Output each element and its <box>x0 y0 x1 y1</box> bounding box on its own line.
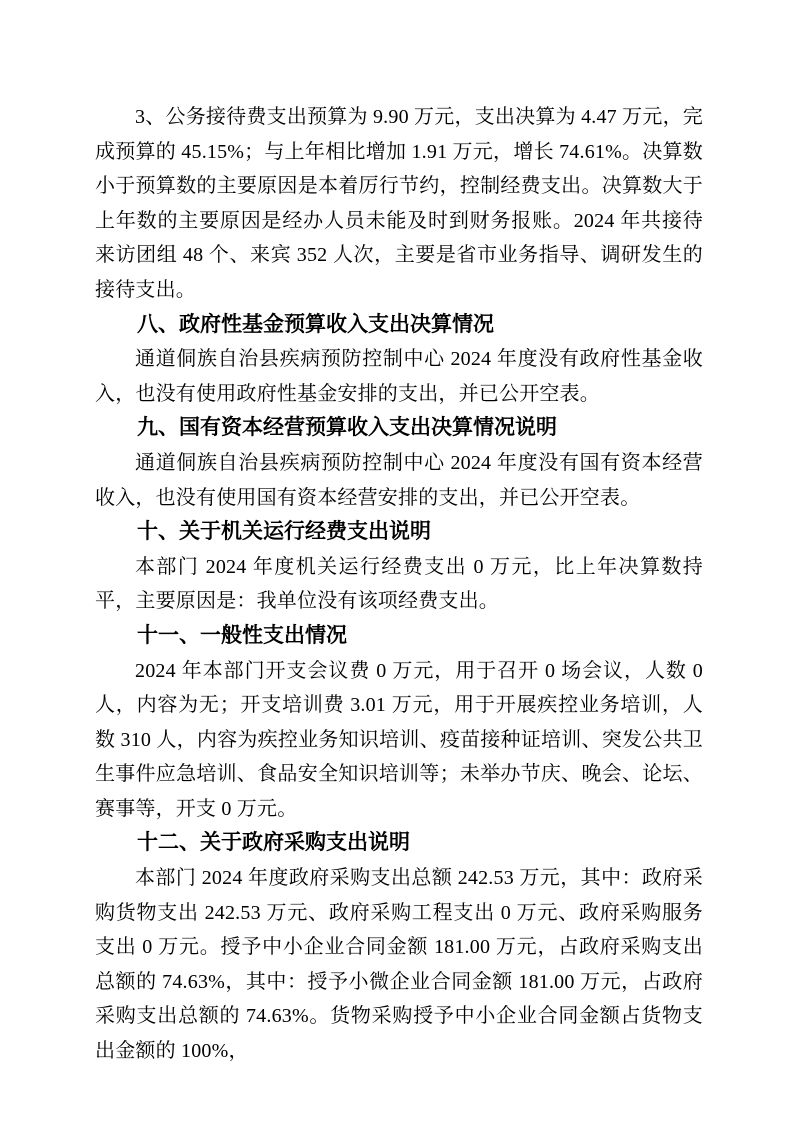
paragraph-reception-expense: 3、公务接待费支出预算为 9.90 万元，支出决算为 4.47 万元，完成预算的… <box>95 100 703 308</box>
heading-section-x-operating-expenses: 十、关于机关运行经费支出说明 <box>95 515 703 550</box>
paragraph-general-expenditure: 2024 年本部门开支会议费 0 万元，用于召开 0 场会议，人数 0 人，内容… <box>95 654 703 827</box>
heading-section-xi-general-expenditure: 十一、一般性支出情况 <box>95 619 703 654</box>
heading-section-xii-procurement: 十二、关于政府采购支出说明 <box>95 826 703 861</box>
heading-section-ix-state-capital: 九、国有资本经营预算收入支出决算情况说明 <box>95 411 703 446</box>
paragraph-government-funds: 通道侗族自治县疾病预防控制中心 2024 年度没有政府性基金收入，也没有使用政府… <box>95 342 703 411</box>
paragraph-state-capital: 通道侗族自治县疾病预防控制中心 2024 年度没有国有资本经营收入，也没有使用国… <box>95 446 703 515</box>
paragraph-operating-expenses: 本部门 2024 年度机关运行经费支出 0 万元，比上年决算数持平，主要原因是：… <box>95 550 703 619</box>
paragraph-procurement: 本部门 2024 年度政府采购支出总额 242.53 万元，其中：政府采购货物支… <box>95 861 703 1069</box>
document-page: 3、公务接待费支出预算为 9.90 万元，支出决算为 4.47 万元，完成预算的… <box>0 0 793 1122</box>
document-text-block: 3、公务接待费支出预算为 9.90 万元，支出决算为 4.47 万元，完成预算的… <box>95 100 703 1069</box>
heading-section-viii-government-funds: 八、政府性基金预算收入支出决算情况 <box>95 308 703 343</box>
